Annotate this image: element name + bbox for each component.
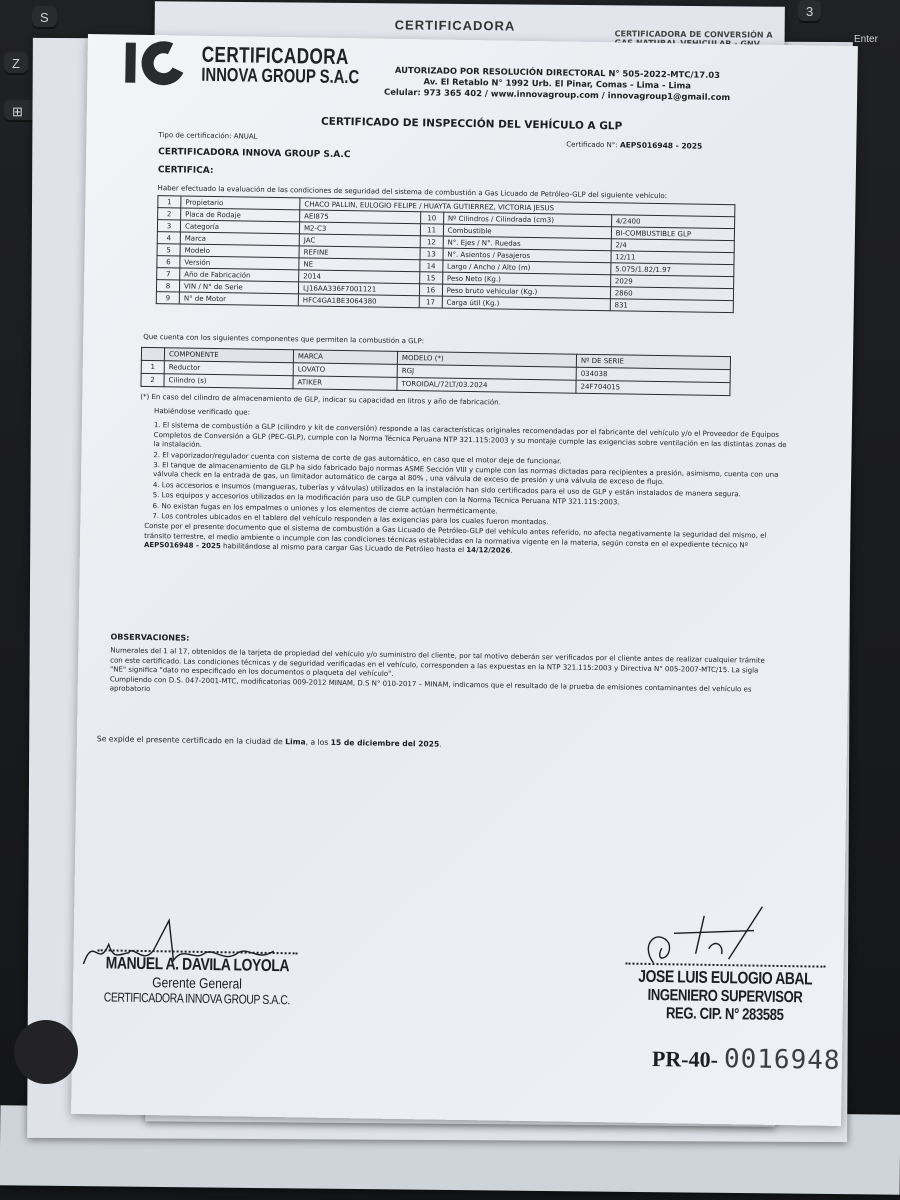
components-intro: Que cuenta con los siguientes componente… xyxy=(143,333,424,345)
certificate-number: Certificado N°: AEPS016948 - 2025 xyxy=(566,140,702,151)
header-info: AUTORIZADO POR RESOLUCIÓN DIRECTORAL N° … xyxy=(377,65,737,104)
verification-section: Habiéndose verificado que: 1. El sistema… xyxy=(152,407,794,562)
key-3: 3 xyxy=(798,0,821,23)
components-table: COMPONENTE MARCA MODELO (*) Nº DE SERIE … xyxy=(140,347,731,396)
observations-text: Numerales del 1 al 17, obtenidos de la t… xyxy=(110,646,771,704)
back-sheet-logo-text: CERTIFICADORA xyxy=(395,17,516,33)
certificate-page: CERTIFICADORA INNOVA GROUP S.A.C AUTORIZ… xyxy=(71,34,858,1126)
components-footnote: (*) En caso del cilindro de almacenamien… xyxy=(140,393,501,407)
observations-title: OBSERVACIONES: xyxy=(110,632,189,642)
logo-line2: INNOVA GROUP S.A.C xyxy=(201,65,359,86)
signature-block-right: JOSE LUIS EULOGIO ABAL INGENIERO SUPERVI… xyxy=(605,962,846,1026)
signer-right-reg: REG. CIP. N° 283585 xyxy=(626,1005,823,1026)
ink-blot xyxy=(14,1020,78,1084)
key-s: S xyxy=(32,6,57,29)
certifica-heading: CERTIFICA: xyxy=(158,165,214,176)
signer-left-org: CERTIFICADORA INNOVA GROUP S.A.C. xyxy=(93,989,301,1007)
issue-statement: Se expide el presente certificado en la … xyxy=(97,734,442,748)
signature-block-left: MANUEL A. DAVILA LOYOLA Gerente General … xyxy=(67,949,328,1008)
certification-type: Tipo de certificación: ANUAL xyxy=(158,131,257,141)
key-z: Z xyxy=(4,52,28,75)
company-name: CERTIFICADORA INNOVA GROUP S.A.C xyxy=(158,147,350,160)
ig-logo-icon xyxy=(125,41,212,86)
serial-number: PR-40-0016948 xyxy=(652,1043,841,1076)
vehicle-table: 1 Propietario CHACO PALLIN, EULOGIO FELI… xyxy=(156,195,736,313)
company-logo: CERTIFICADORA INNOVA GROUP S.A.C xyxy=(125,41,404,89)
